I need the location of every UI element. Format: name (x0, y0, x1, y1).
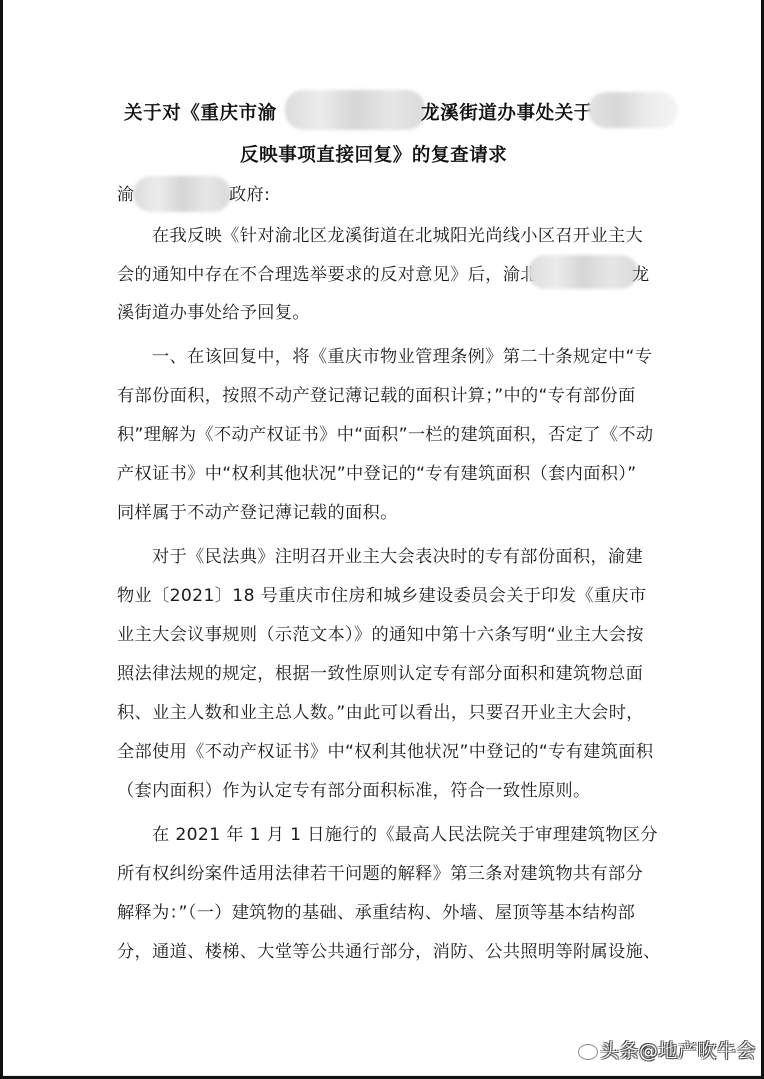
page-border-left (0, 0, 3, 1079)
wechat-icon (578, 1044, 598, 1060)
salutation-end: 政府: (229, 180, 270, 205)
title-line1-end: 龙溪街道办事处关于 (421, 99, 593, 125)
page-edge (3, 1075, 761, 1076)
body-line: 龙 (632, 260, 650, 285)
watermark-text: 头条@地产吹牛会 (600, 1040, 756, 1062)
body-line: 所有权纠纷案件适用法律若干问题的解释》第三条对建筑物共有部分 (117, 859, 643, 884)
body-line: 解释为：”（一）建筑物的基础、承重结构、外墙、屋顶等基本结构部 (117, 898, 635, 923)
body-line: 溪街道办事处给予回复。 (117, 298, 310, 323)
body-line: 同样属于不动产登记薄记载的面积。 (117, 498, 398, 523)
title-line1-start: 关于对《重庆市渝 (124, 99, 277, 125)
body-line: 在我反映《针对渝北区龙溪街道在北城阳光尚线小区召开业主大 (152, 221, 643, 246)
body-line: （套内面积）作为认定专有部分面积标准，符合一致性原则。 (117, 776, 591, 801)
redacted-blur (588, 92, 678, 128)
body-line: 业主大会议事规则（示范文本）》的通知中第十六条写明“业主大会按 (117, 620, 644, 645)
body-line: 全部使用《不动产权证书》中“权利其他状况”中登记的“专有建筑面积 (117, 737, 653, 762)
redacted-blur (528, 255, 638, 289)
body-line: 有部份面积，按照不动产登记薄记载的面积计算；”中的“专有部份面 (117, 381, 636, 406)
body-line: 积、业主人数和业主总人数。”由此可以看出，只要召开业主大会时， (117, 698, 644, 723)
body-line: 物业〔2021〕18 号重庆市住房和城乡建设委员会关于印发《重庆市 (117, 581, 647, 606)
body-line: 会的通知中存在不合理选举要求的反对意见》后，渝北 (117, 260, 538, 285)
redacted-blur (285, 90, 425, 130)
body-line: 照法律法规的规定，根据一致性原则认定专有部分面积和建筑物总面 (117, 659, 643, 684)
redacted-blur (133, 176, 231, 212)
watermark: 头条@地产吹牛会 (578, 1036, 756, 1063)
body-line: 一、在该回复中，将《重庆市物业管理条例》第二十条规定中“专 (152, 342, 652, 367)
body-line: 在 2021 年 1 月 1 日施行的《最高人民法院关于审理建筑物区分 (152, 820, 658, 845)
title-line2: 反映事项直接回复》的复查请求 (240, 141, 507, 167)
body-line: 产权证书》中“权利其他状况”中登记的“专有建筑面积（套内面积）” (117, 459, 636, 484)
body-line: 分，通道、楼梯、大堂等公共通行部分，消防、公共照明等附属设施、 (117, 937, 661, 962)
body-line: 对于《民法典》注明召开业主大会表决时的专有部份面积，渝建 (152, 542, 643, 567)
salutation-start: 渝 (117, 180, 135, 205)
body-line: 积”理解为《不动产权证书》中“面积”一栏的建筑面积，否定了《不动 (117, 420, 653, 445)
